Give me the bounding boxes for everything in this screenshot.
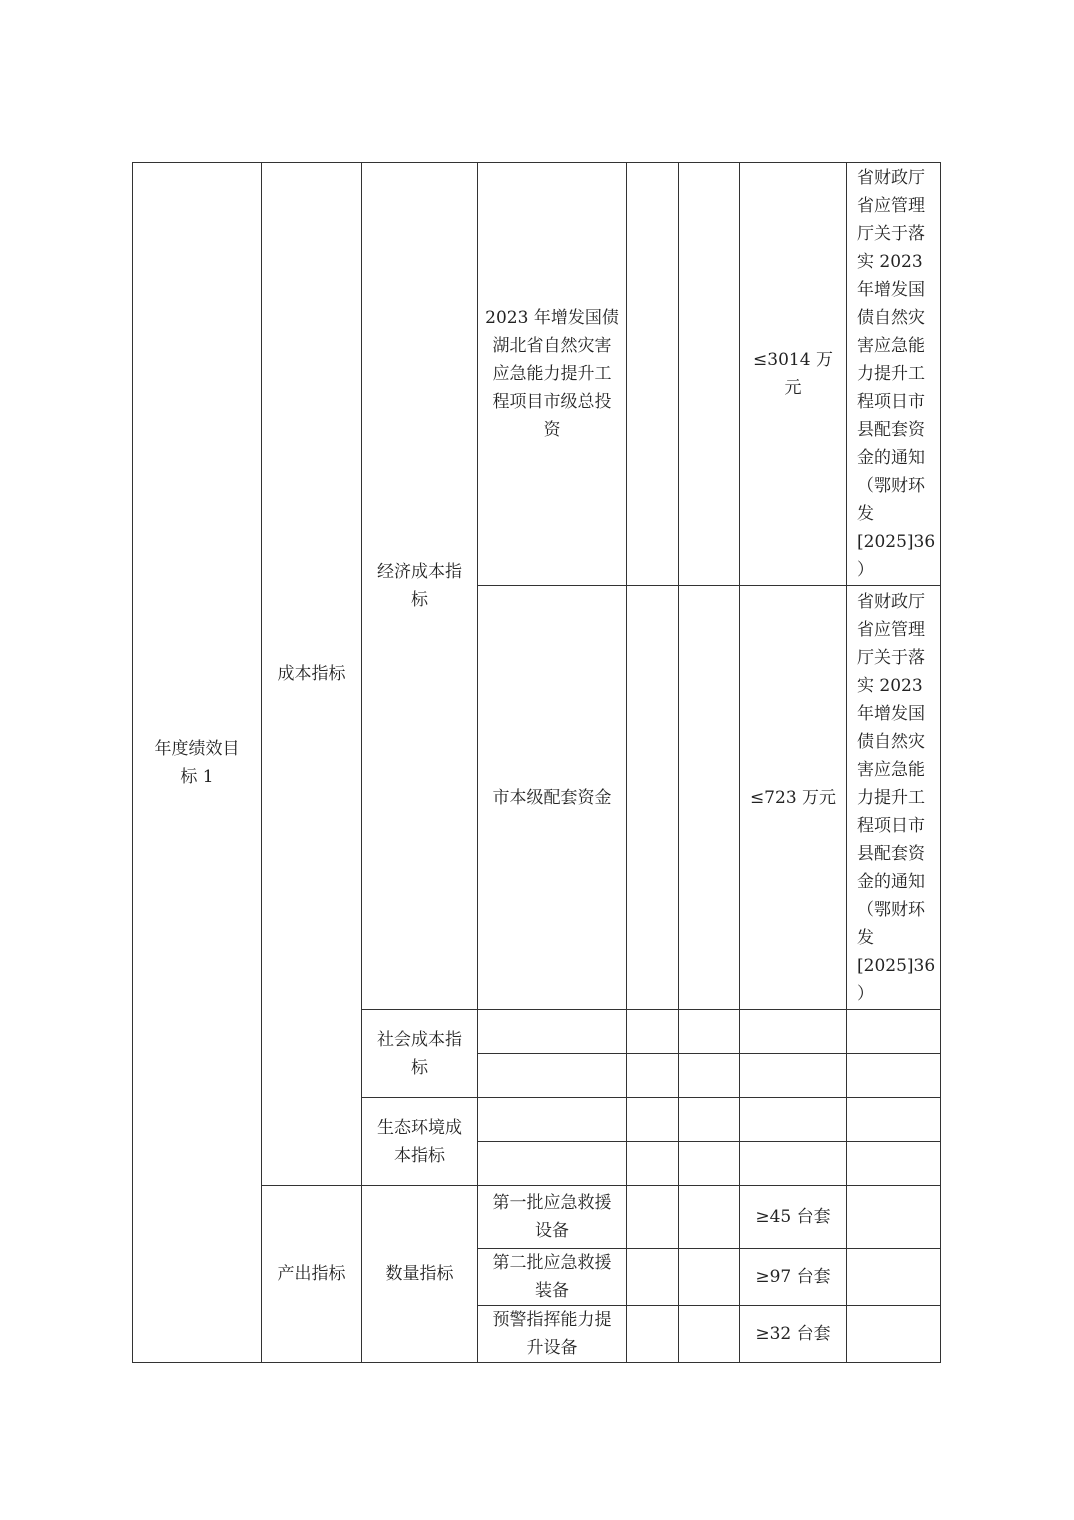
table-cell-empty — [678, 1141, 740, 1186]
table-cell-empty — [846, 1053, 941, 1098]
table-cell-empty — [739, 1141, 847, 1186]
table-cell-empty — [846, 1305, 941, 1363]
table-cell-empty — [739, 1053, 847, 1098]
table-row-item: 市本级配套资金 — [477, 585, 627, 1010]
table-cell-empty — [678, 585, 740, 1010]
table-cell-empty — [626, 1248, 679, 1306]
table-cell-empty — [739, 1097, 847, 1142]
table-cell-empty — [626, 162, 679, 586]
annual-goal-cell: 年度绩效目 标 1 — [132, 162, 262, 1363]
table-cell-empty — [846, 1141, 941, 1186]
table-row-item: 2023 年增发国债 湖北省自然灾害 应急能力提升工 程项目市级总投 资 — [477, 162, 627, 586]
table-cell-empty — [678, 1185, 740, 1249]
table-row-item: 第二批应急救援 装备 — [477, 1248, 627, 1306]
table-cell-empty — [678, 162, 740, 586]
output-indicator-cell: 产出指标 — [261, 1185, 362, 1363]
table-row-value: ≥32 台套 — [739, 1305, 847, 1363]
cost-indicator-cell: 成本指标 — [261, 162, 362, 1186]
table-cell-empty — [477, 1009, 627, 1054]
table-row-item: 第一批应急救援 设备 — [477, 1185, 627, 1249]
table-row-value: ≤3014 万 元 — [739, 162, 847, 586]
quantity-indicator-label: 数量指标 — [386, 1260, 454, 1288]
table-cell-empty — [739, 1009, 847, 1054]
table-cell-empty — [626, 585, 679, 1010]
ecological-cost-label: 生态环境成 本指标 — [377, 1114, 462, 1170]
social-cost-label: 社会成本指 标 — [377, 1026, 462, 1082]
table-cell-empty — [626, 1185, 679, 1249]
table-row-note: 省财政厅 省应管理 厅关于落 实 2023 年增发国 债自然灾 害应急能 力提升… — [846, 585, 941, 1010]
economic-cost-cell: 经济成本指 标 — [361, 162, 478, 1010]
table-cell-empty — [846, 1097, 941, 1142]
table-cell-empty — [846, 1185, 941, 1249]
table-row-value: ≥97 台套 — [739, 1248, 847, 1306]
ecological-cost-cell: 生态环境成 本指标 — [361, 1097, 478, 1186]
table-row-item: 预警指挥能力提 升设备 — [477, 1305, 627, 1363]
table-cell-empty — [678, 1305, 740, 1363]
table-cell-empty — [477, 1053, 627, 1098]
table-row-value: ≥45 台套 — [739, 1185, 847, 1249]
table-cell-empty — [678, 1053, 740, 1098]
table-cell-empty — [626, 1009, 679, 1054]
economic-cost-label: 经济成本指 标 — [377, 558, 462, 614]
table-cell-empty — [678, 1097, 740, 1142]
table-row-value: ≤723 万元 — [739, 585, 847, 1010]
table-cell-empty — [678, 1248, 740, 1306]
social-cost-cell: 社会成本指 标 — [361, 1009, 478, 1098]
table-cell-empty — [678, 1009, 740, 1054]
annual-goal-label: 年度绩效目 标 1 — [155, 735, 240, 791]
table-cell-empty — [846, 1248, 941, 1306]
table-cell-empty — [626, 1097, 679, 1142]
table-cell-empty — [626, 1053, 679, 1098]
table-cell-empty — [846, 1009, 941, 1054]
output-indicator-label: 产出指标 — [278, 1260, 346, 1288]
table-cell-empty — [477, 1097, 627, 1142]
table-cell-empty — [477, 1141, 627, 1186]
cost-indicator-label: 成本指标 — [278, 660, 346, 688]
table-row-note: 省财政厅 省应管理 厅关于落 实 2023 年增发国 债自然灾 害应急能 力提升… — [846, 162, 941, 586]
table-cell-empty — [626, 1305, 679, 1363]
table-cell-empty — [626, 1141, 679, 1186]
quantity-indicator-cell: 数量指标 — [361, 1185, 478, 1363]
